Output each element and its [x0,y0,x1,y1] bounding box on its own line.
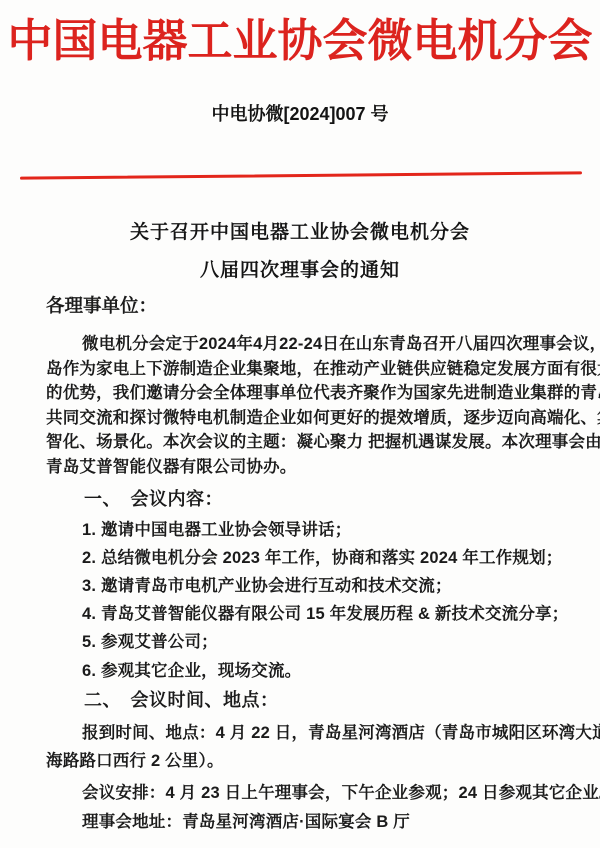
agenda-list: 1. 邀请中国电器工业协会领导讲话； 2. 总结微电机分会 2023 年工作，协… [46,516,568,685]
agenda-item: 5. 参观艾普公司； [82,628,568,656]
agenda-item: 1. 邀请中国电器工业协会领导讲话； [82,516,568,544]
paragraph-line: 微电机分会定于2024年4月22-24日在山东青岛召开八届四次理事会议，青 [46,332,568,357]
agenda-item: 6. 参观其它企业，现场交流。 [82,657,568,685]
notice-title-line2: 八届四次理事会的通知 [0,259,600,283]
paragraph-line: 智化、场景化。本次会议的主题：凝心聚力 把握机遇谋发展。本次理事会由 [46,430,568,455]
agenda-item: 2. 总结微电机分会 2023 年工作，协商和落实 2024 年工作规划； [82,544,568,572]
registration-info-line: 报到时间、地点：4 月 22 日，青岛星河湾酒店（青岛市城阳区环湾大道滨 [46,719,568,747]
salutation: 各理事单位： [46,295,568,317]
paragraph-line: 青岛艾普智能仪器有限公司协办。 [46,455,568,480]
notice-body: 各理事单位： 微电机分会定于2024年4月22-24日在山东青岛召开八届四次理事… [46,295,568,836]
section2-heading: 二、 会议时间、地点： [46,687,568,713]
venue-line: 理事会地址：青岛星河湾酒店·国际宴会 B 厅 [46,808,568,836]
notice-title-line1: 关于召开中国电器工业协会微电机分会 [0,221,600,245]
org-title: 中国电器工业协会微电机分会 [0,12,600,70]
red-divider-line [20,171,582,179]
agenda-item: 4. 青岛艾普智能仪器有限公司 15 年发展历程 & 新技术交流分享； [82,600,568,628]
paragraph-line: 岛作为家电上下游制造企业集聚地，在推动产业链供应链稳定发展方面有很大 [46,357,568,382]
intro-paragraph: 微电机分会定于2024年4月22-24日在山东青岛召开八届四次理事会议，青 岛作… [46,332,568,480]
paragraph-line: 共同交流和探讨微特电机制造企业如何更好的提效增质，逐步迈向高端化、集 [46,406,568,431]
doc-number: 中电协微[2024]007 号 [0,100,600,128]
paragraph-line: 的优势，我们邀请分会全体理事单位代表齐聚作为国家先进制造业集群的青岛， [46,381,568,406]
agenda-item: 3. 邀请青岛市电机产业协会进行互动和技术交流； [82,572,568,600]
registration-info-continuation: 海路路口西行 2 公里）。 [46,747,568,775]
schedule-line: 会议安排：4 月 23 日上午理事会，下午企业参观；24 日参观其它企业。 [46,779,568,807]
section1-heading: 一、 会议内容： [46,486,568,512]
document-page: 中国电器工业协会微电机分会 中电协微[2024]007 号 关于召开中国电器工业… [0,0,600,848]
